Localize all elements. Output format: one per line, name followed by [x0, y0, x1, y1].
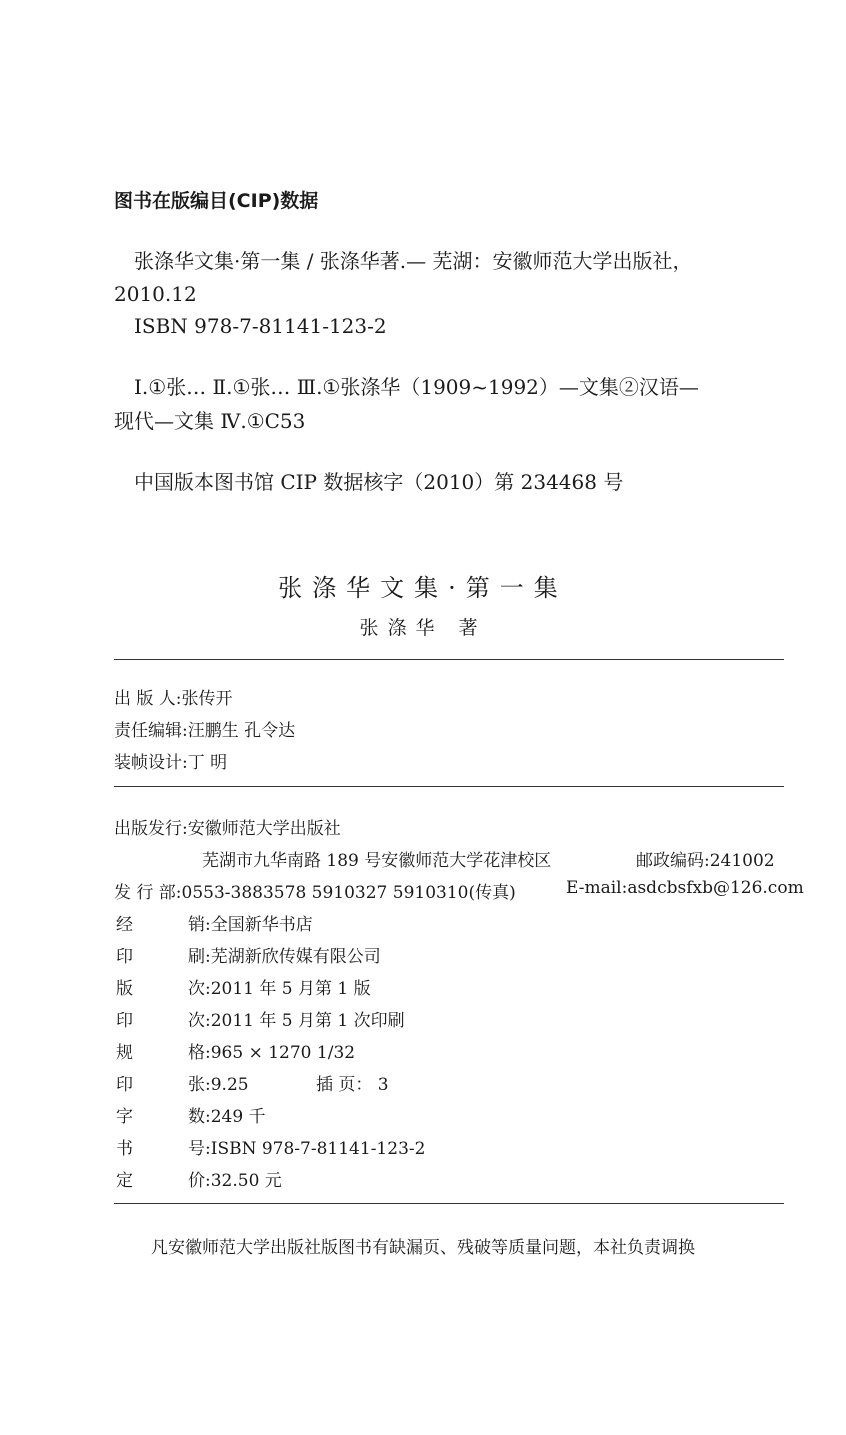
email: E-mail:asdcbsfxb@126.com — [566, 878, 804, 898]
info-row-edition: 版次:2011 年 5 月第 1 版 — [116, 974, 371, 999]
divider — [114, 786, 784, 787]
quality-notice: 凡安徽师范大学出版社版图书有缺漏页、残破等质量问题，本社负责调换 — [0, 1233, 846, 1258]
postcode: 邮政编码:241002 — [636, 846, 775, 871]
credit-designer: 装帧设计:丁 明 — [114, 748, 227, 773]
sales-dept-line: 发 行 部:0553-3883578 5910327 5910310(传真) — [114, 878, 516, 903]
info-row-printer: 印刷:芜湖新欣传媒有限公司 — [116, 942, 381, 967]
info-row-format: 规格:965 × 1270 1/32 — [116, 1038, 355, 1063]
info-row-distribution: 经销:全国新华书店 — [116, 910, 313, 935]
cip-heading: 图书在版编目(CIP)数据 — [114, 186, 318, 213]
cip-line-isbn: ISBN 978-7-81141-123-2 — [134, 314, 387, 338]
info-inserts: 插 页： 3 — [316, 1070, 389, 1095]
info-row-price: 定价:32.50 元 — [116, 1166, 282, 1191]
info-row-sheets: 印张:9.25 — [116, 1070, 249, 1095]
publisher-line: 出版发行:安徽师范大学出版社 — [114, 814, 341, 839]
info-row-word-count: 字数:249 千 — [116, 1102, 266, 1127]
book-author: 张涤华 著 — [0, 613, 846, 640]
address-line: 芜湖市九华南路 189 号安徽师范大学花津校区 — [202, 846, 551, 871]
info-row-isbn: 书号:ISBN 978-7-81141-123-2 — [116, 1134, 425, 1159]
cip-line-classification-1: Ⅰ.①张… Ⅱ.①张… Ⅲ.①张涤华（1909~1992）—文集②汉语— — [134, 371, 699, 400]
credit-publisher: 出 版 人:张传开 — [114, 684, 233, 709]
divider — [114, 659, 784, 660]
cip-line-classification-2: 现代—文集 Ⅳ.①C53 — [114, 405, 305, 434]
cip-line-verification: 中国版本图书馆 CIP 数据核字（2010）第 234468 号 — [134, 466, 623, 495]
credit-editor: 责任编辑:汪鹏生 孔令达 — [114, 716, 295, 741]
info-row-printing: 印次:2011 年 5 月第 1 次印刷 — [116, 1006, 405, 1031]
divider — [114, 1203, 784, 1204]
cip-line-1: 张涤华文集·第一集 / 张涤华著.— 芜湖：安徽师范大学出版社， — [134, 245, 693, 274]
book-title: 张涤华文集·第一集 — [0, 568, 846, 603]
cip-line-2: 2010.12 — [114, 282, 197, 306]
